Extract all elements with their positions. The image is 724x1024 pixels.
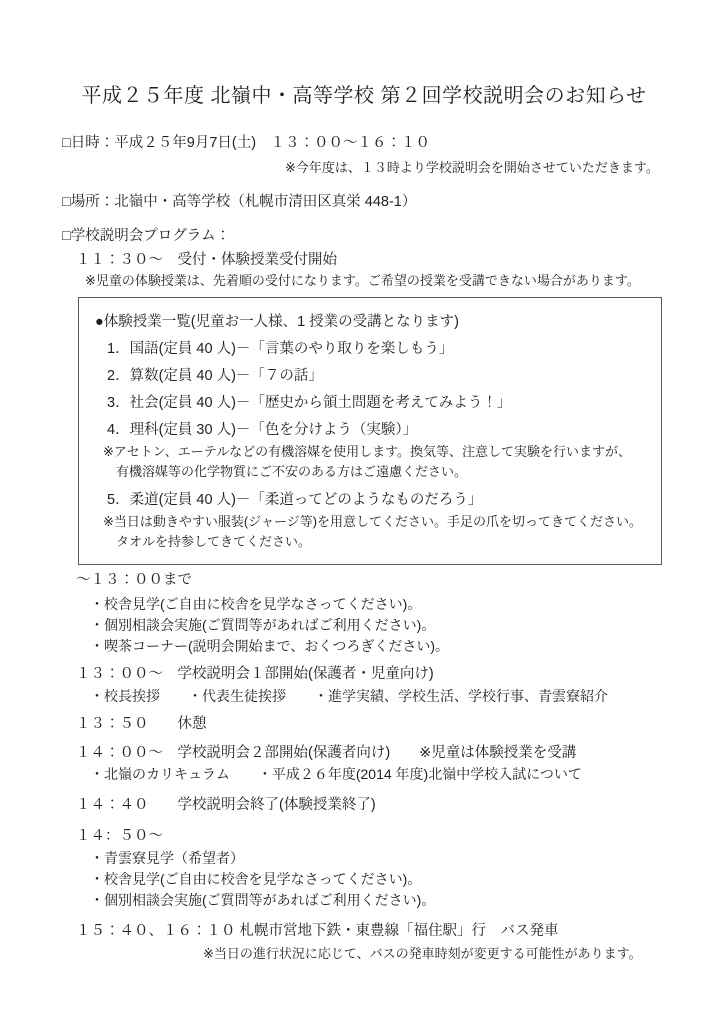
rika-note-line2: 有機溶媒等の化学物質にご不安のある方はご遠慮ください。 [116, 462, 647, 482]
document-title: 平成２５年度 北嶺中・高等学校 第２回学校説明会のお知らせ [62, 84, 666, 108]
break-line: １３：５０ 休憩 [76, 715, 666, 734]
session1-line: １３：００～ 学校説明会１部開始(保護者・児童向け) [76, 665, 666, 684]
location-line: □場所：北嶺中・高等学校（札幌市清田区真栄 448-1） [62, 193, 666, 212]
after-1450-heading: １４：５０～ [76, 827, 666, 846]
session-end-line: １４：４０ 学校説明会終了(体験授業終了) [76, 796, 666, 815]
until-1300-bullet-cafe: ・喫茶コーナー(説明会開始まで、おくつろぎください)。 [90, 636, 666, 657]
bus-note: ※当日の進行状況に応じて、バスの発車時刻が変更する可能性があります。 [203, 945, 666, 962]
trial-lesson-item-kokugo: 1．国語(定員 40 人)－「言葉のやり取りを楽しもう」 [107, 340, 647, 359]
session2-line: １４：００～ 学校説明会２部開始(保護者向け) ※児童は体験授業を受講 [76, 744, 666, 763]
until-1300-bullet-tour: ・校舎見学(ご自由に校舎を見学なさってください)。 [90, 594, 666, 615]
session2-bullets: ・北嶺のカリキュラム ・平成２６年度(2014 年度)北嶺中学校入試について [90, 765, 666, 784]
after-1450-bullet-dorm: ・青雲寮見学（希望者） [90, 848, 666, 869]
after-1450-bullet-tour: ・校舎見学(ご自由に校舎を見学なさってください)。 [90, 869, 666, 890]
trial-lesson-item-shakai: 3．社会(定員 40 人)－「歴史から領土問題を考えてみよう！」 [107, 394, 647, 413]
session1-bullets: ・校長挨拶 ・代表生徒挨拶 ・進学実績、学校生活、学校行事、青雲寮紹介 [90, 687, 666, 706]
datetime-note: ※今年度は、１３時より学校説明会を開始させていただきます。 [285, 159, 666, 176]
datetime-line: □日時：平成２５年9月7日(土) １３：００～１６：１０ [62, 134, 666, 153]
after-1450-bullet-consult: ・個別相談会実施(ご質問等があればご利用ください)。 [90, 890, 666, 911]
trial-lesson-item-rika: 4．理科(定員 30 人)－「色を分けよう（実験）」 [107, 421, 647, 440]
bus-departure-line: １５：４０、１６：１０ 札幌市営地下鉄・東豊線「福住駅」行 バス発車 [76, 922, 666, 941]
document-content: 平成２５年度 北嶺中・高等学校 第２回学校説明会のお知らせ □日時：平成２５年9… [0, 0, 724, 962]
judo-note-line1: ※当日は動きやすい服装(ジャージ等)を用意してください。手足の爪を切ってきてくだ… [103, 512, 647, 532]
trial-lessons-heading: ●体験授業一覧(児童お一人様、1 授業の受講となります) [95, 313, 647, 332]
trial-lesson-item-judo: 5．柔道(定員 40 人)－「柔道ってどのようなものだろう」 [107, 491, 647, 510]
trial-lessons-box: ●体験授業一覧(児童お一人様、1 授業の受講となります) 1．国語(定員 40 … [78, 297, 662, 565]
until-1300-heading: ～１３：００まで [76, 571, 666, 590]
program-heading: □学校説明会プログラム： [62, 227, 666, 246]
document-page: 平成２５年度 北嶺中・高等学校 第２回学校説明会のお知らせ □日時：平成２５年9… [0, 0, 724, 1024]
rika-note-line1: ※アセトン、エーテルなどの有機溶媒を使用します。換気等、注意して実験を行いますが… [103, 442, 647, 462]
trial-lesson-item-sansu: 2．算数(定員 40 人)－「７の話」 [107, 367, 647, 386]
until-1300-bullet-consult: ・個別相談会実施(ご質問等があればご利用ください)。 [90, 615, 666, 636]
reception-time-line: １１：３０～ 受付・体験授業受付開始 [76, 251, 666, 270]
reception-note: ※児童の体験授業は、先着順の受付になります。ご希望の授業を受講できない場合があり… [85, 272, 666, 289]
judo-note-line2: タオルを持参してきてください。 [116, 532, 647, 552]
